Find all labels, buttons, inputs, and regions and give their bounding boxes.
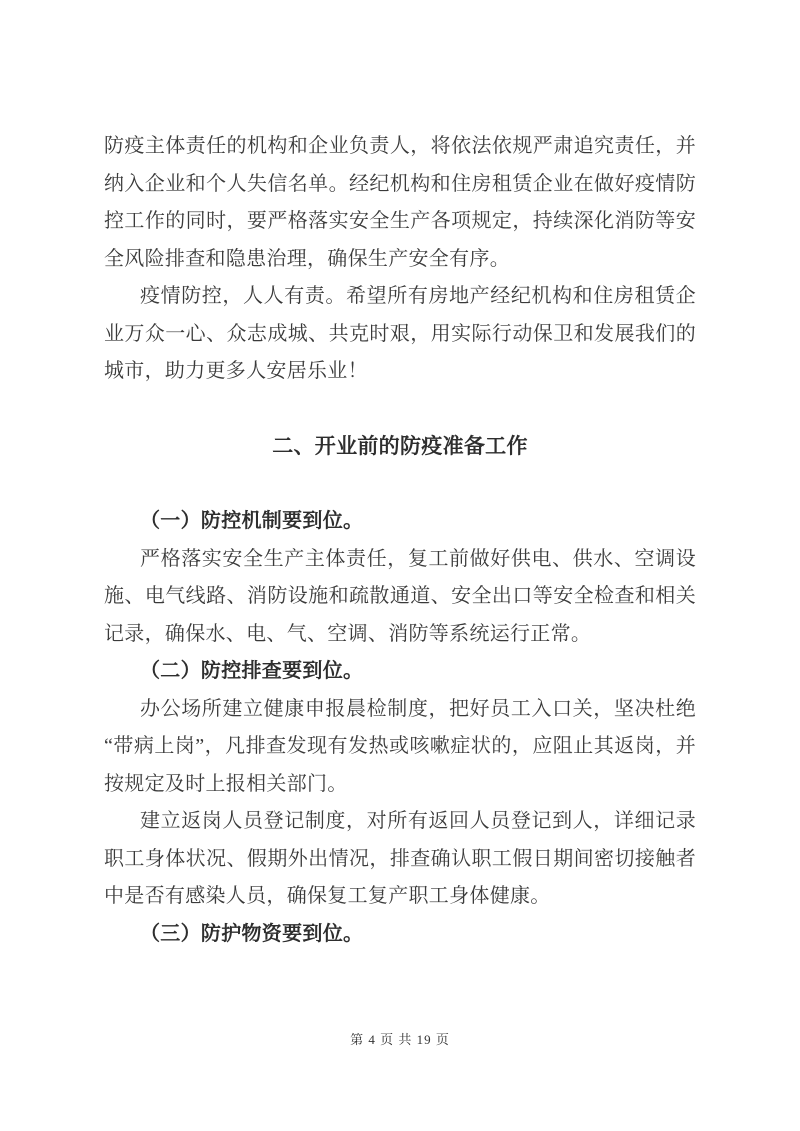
body-paragraph: 办公场所建立健康申报晨检制度，把好员工入口关，坚决杜绝“带病上岗”，凡排查发现有… (104, 691, 696, 804)
subsection-heading-2: （二）防控排查要到位。 (104, 653, 696, 691)
document-page: 防疫主体责任的机构和企业负责人，将依法依规严肃追究责任，并纳入企业和个人失信名单… (0, 0, 800, 1131)
body-paragraph: 疫情防控，人人有责。希望所有房地产经纪机构和住房租赁企业万众一心、众志成城、共克… (104, 278, 696, 391)
body-paragraph: 严格落实安全生产主体责任，复工前做好供电、供水、空调设施、电气线路、消防设施和疏… (104, 541, 696, 654)
document-body: 防疫主体责任的机构和企业负责人，将依法依规严肃追究责任，并纳入企业和个人失信名单… (104, 128, 696, 953)
page-number-footer: 第 4 页 共 19 页 (0, 1031, 800, 1049)
body-paragraph: 建立返岗人员登记制度，对所有返回人员登记到人，详细记录职工身体状况、假期外出情况… (104, 803, 696, 916)
subsection-heading-1: （一）防控机制要到位。 (104, 503, 696, 541)
body-paragraph-continuation: 防疫主体责任的机构和企业负责人，将依法依规严肃追究责任，并纳入企业和个人失信名单… (104, 128, 696, 278)
section-heading: 二、开业前的防疫准备工作 (104, 428, 696, 466)
subsection-heading-3: （三）防护物资要到位。 (104, 916, 696, 954)
